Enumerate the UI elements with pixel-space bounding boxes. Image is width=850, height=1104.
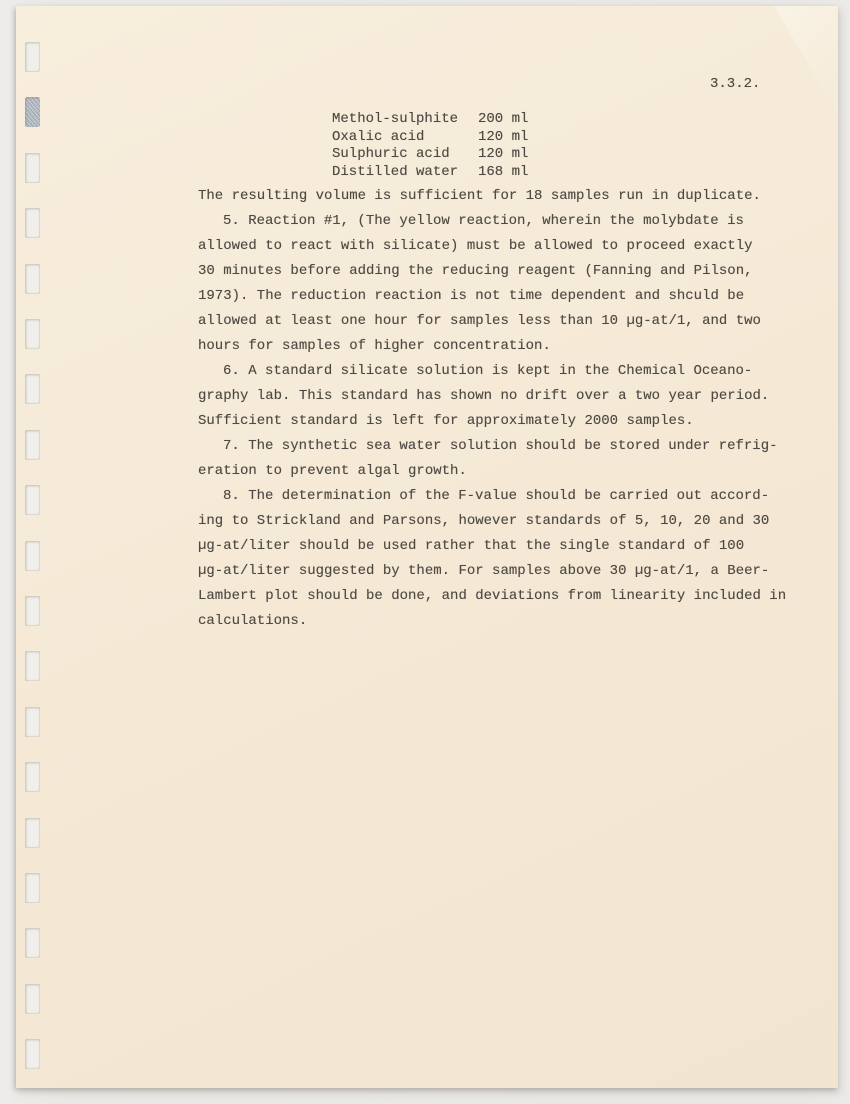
reagent-amount: 120 ml	[478, 129, 528, 147]
reagent-row: Methol-sulphite200 ml	[332, 111, 528, 129]
binder-hole	[25, 374, 40, 404]
binder-hole	[25, 430, 40, 460]
binder-hole	[25, 153, 40, 183]
binder-hole-taped	[25, 97, 40, 127]
body-line: 7. The synthetic sea water solution shou…	[198, 434, 818, 459]
scanned-document-page: { "page": { "number": "3.3.2." }, "reage…	[0, 0, 850, 1104]
body-line: eration to prevent algal growth.	[198, 459, 818, 484]
reagent-name: Sulphuric acid	[332, 146, 478, 164]
reagent-row: Sulphuric acid120 ml	[332, 146, 528, 164]
binder-hole	[25, 485, 40, 515]
body-line: Lambert plot should be done, and deviati…	[198, 584, 818, 609]
body-line: graphy lab. This standard has shown no d…	[198, 384, 818, 409]
body-text: The resulting volume is sufficient for 1…	[198, 184, 818, 634]
binder-hole	[25, 319, 40, 349]
body-line: ing to Strickland and Parsons, however s…	[198, 509, 818, 534]
body-line: 6. A standard silicate solution is kept …	[198, 359, 818, 384]
reagent-row: Distilled water168 ml	[332, 164, 528, 182]
binder-hole	[25, 928, 40, 958]
binder-hole	[25, 707, 40, 737]
binder-hole	[25, 1039, 40, 1069]
reagent-amount: 120 ml	[478, 146, 528, 164]
binder-hole	[25, 264, 40, 294]
body-line: hours for samples of higher concentratio…	[198, 334, 818, 359]
body-line: The resulting volume is sufficient for 1…	[198, 184, 818, 209]
binder-hole	[25, 873, 40, 903]
reagent-row: Oxalic acid120 ml	[332, 129, 528, 147]
body-line: 30 minutes before adding the reducing re…	[198, 259, 818, 284]
body-line: µg-at/liter suggested by them. For sampl…	[198, 559, 818, 584]
binder-hole	[25, 208, 40, 238]
body-line: allowed to react with silicate) must be …	[198, 234, 818, 259]
body-line: allowed at least one hour for samples le…	[198, 309, 818, 334]
binder-hole	[25, 762, 40, 792]
reagent-name: Methol-sulphite	[332, 111, 478, 129]
binder-hole	[25, 818, 40, 848]
body-line: µg-at/liter should be used rather that t…	[198, 534, 818, 559]
reagent-table: Methol-sulphite200 mlOxalic acid120 mlSu…	[332, 111, 528, 181]
binder-hole	[25, 541, 40, 571]
binder-hole	[25, 596, 40, 626]
reagent-amount: 200 ml	[478, 111, 528, 129]
binder-hole	[25, 42, 40, 72]
reagent-amount: 168 ml	[478, 164, 528, 182]
binder-hole	[25, 651, 40, 681]
body-line: 1973). The reduction reaction is not tim…	[198, 284, 818, 309]
body-line: calculations.	[198, 609, 818, 634]
paper-sheet: 3.3.2. Methol-sulphite200 mlOxalic acid1…	[16, 6, 838, 1088]
reagent-name: Oxalic acid	[332, 129, 478, 147]
corner-fold	[774, 6, 838, 114]
reagent-name: Distilled water	[332, 164, 478, 182]
body-line: 8. The determination of the F-value shou…	[198, 484, 818, 509]
page-number: 3.3.2.	[710, 75, 760, 93]
body-line: Sufficient standard is left for approxim…	[198, 409, 818, 434]
body-line: 5. Reaction #1, (The yellow reaction, wh…	[198, 209, 818, 234]
binder-hole	[25, 984, 40, 1014]
